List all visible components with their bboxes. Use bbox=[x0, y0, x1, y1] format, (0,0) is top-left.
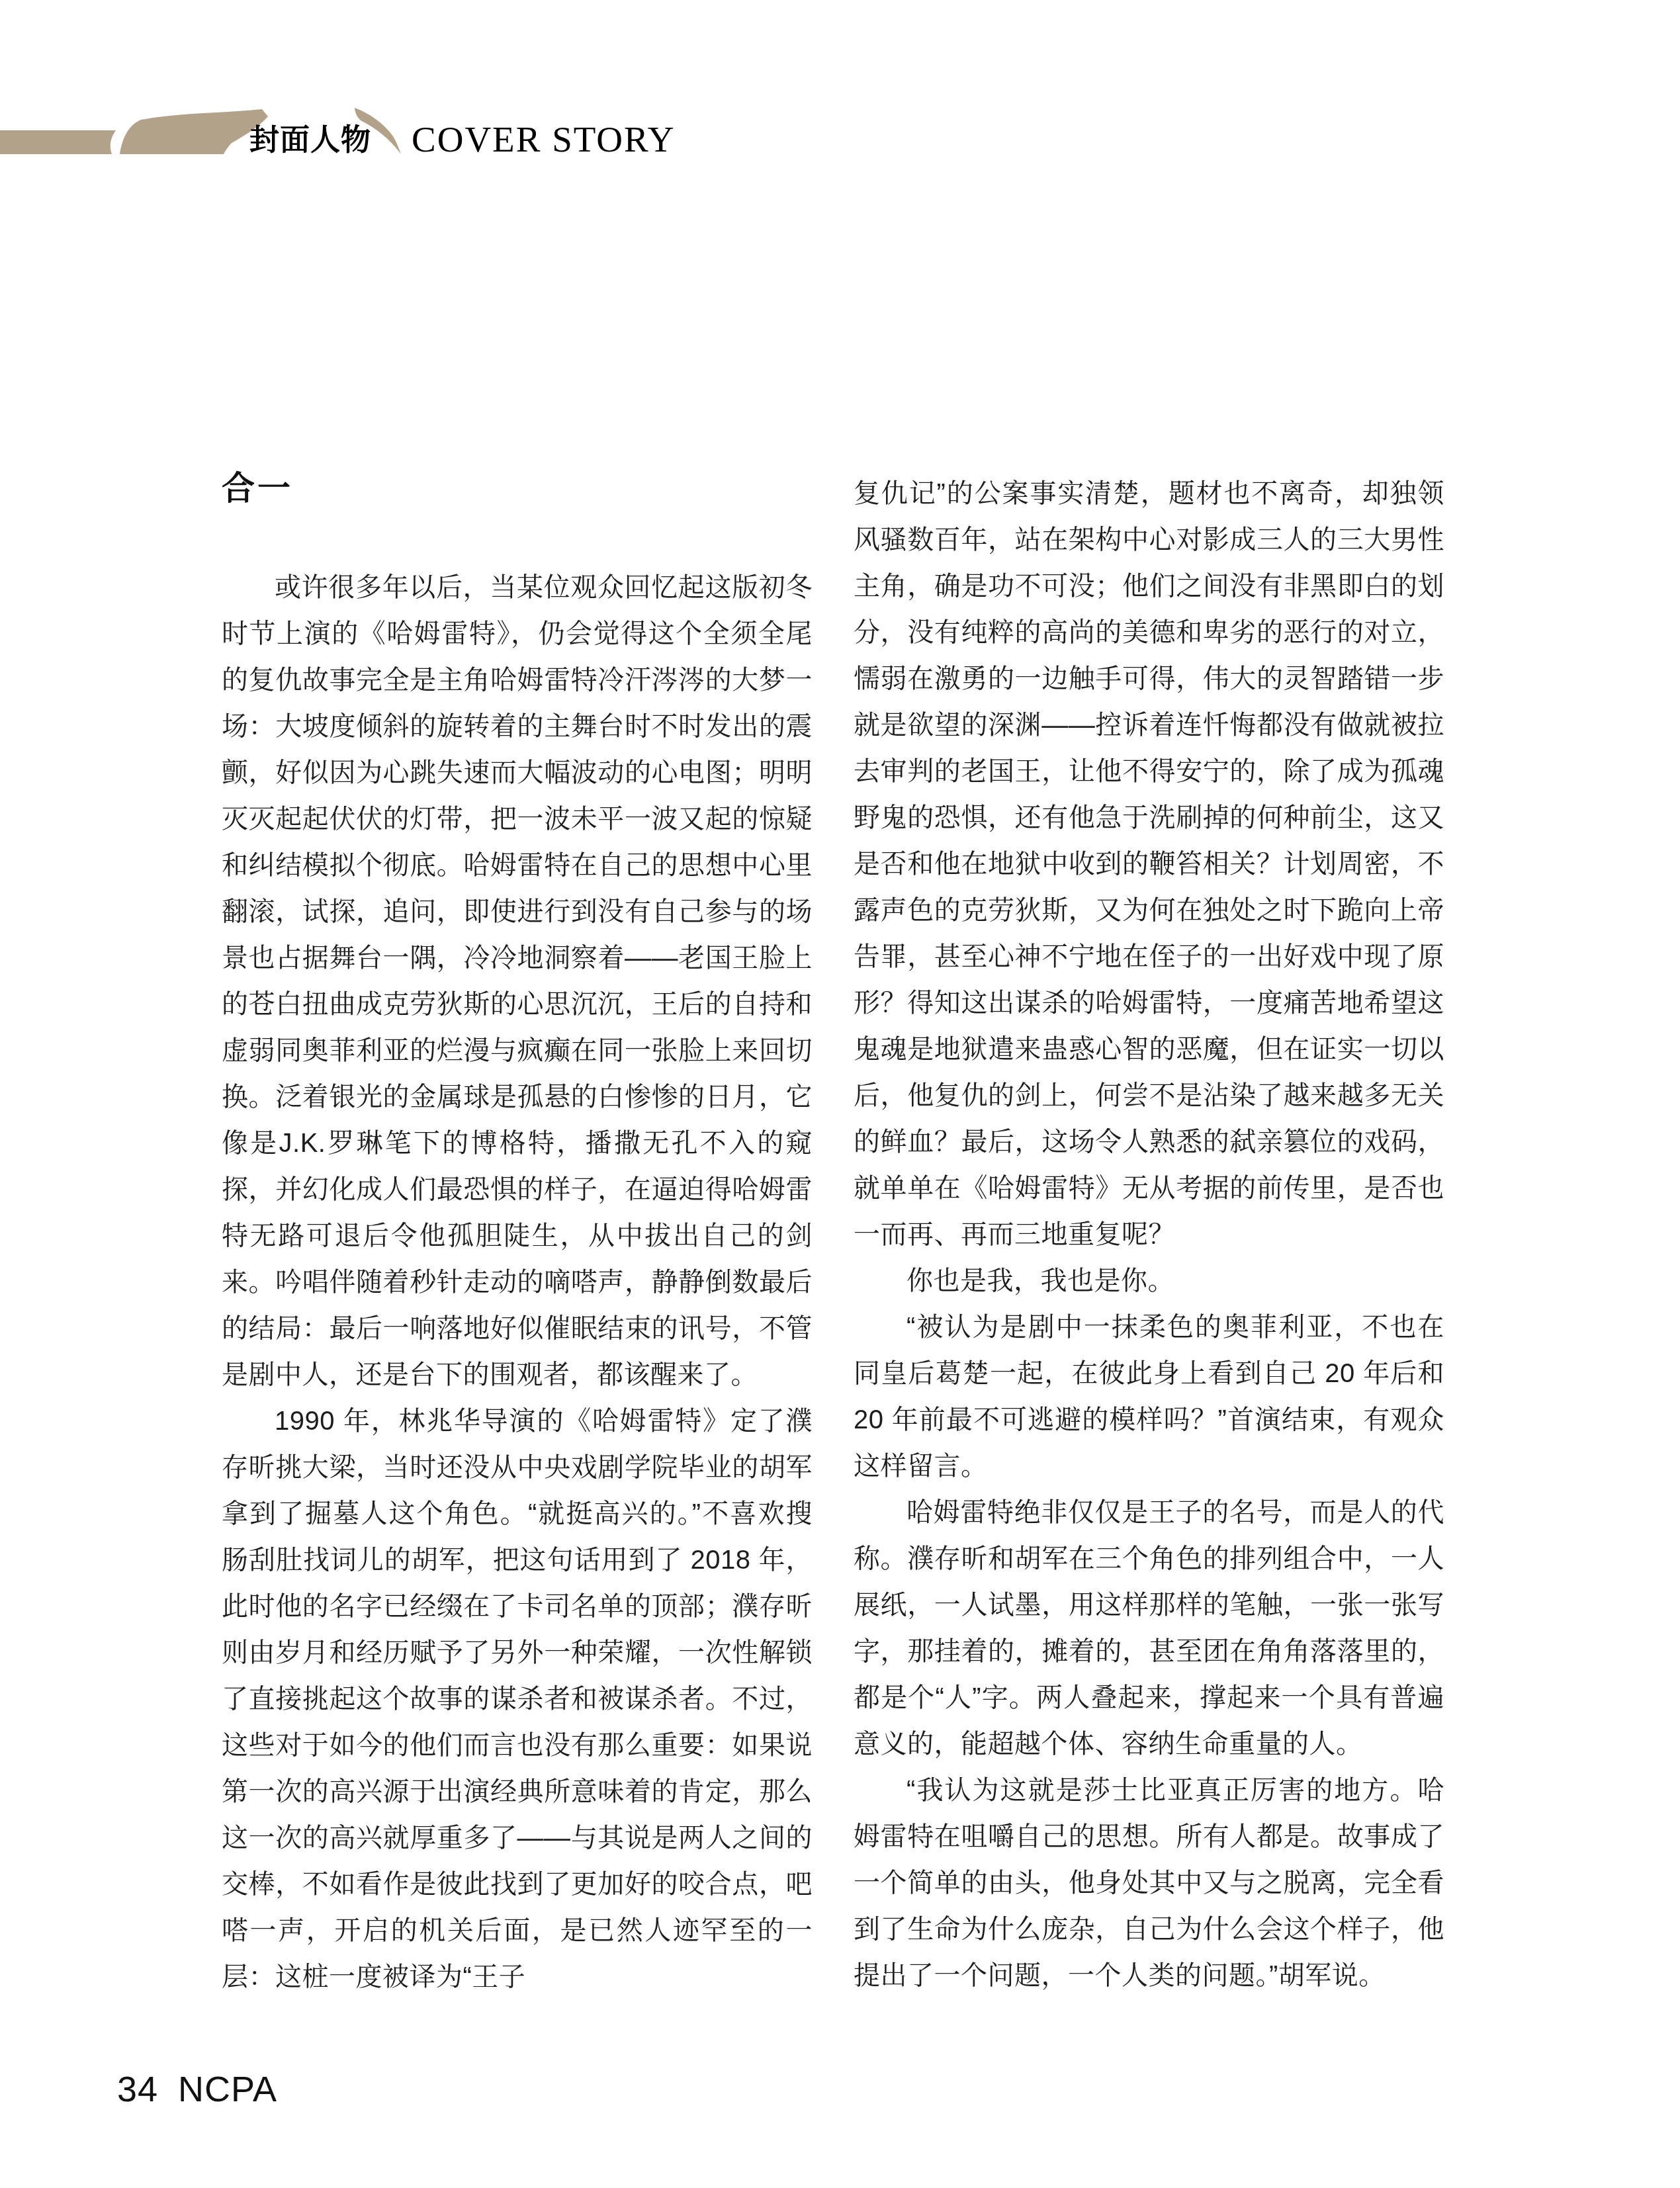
page-footer: 34NCPA bbox=[117, 2070, 277, 2109]
paragraph: 哈姆雷特绝非仅仅是王子的名号，而是人的代称。濮存昕和胡军在三个角色的排列组合中，… bbox=[854, 1489, 1444, 1767]
paragraph: 复仇记”的公案事实清楚，题材也不离奇，却独领风骚数百年，站在架构中心对影成三人的… bbox=[854, 470, 1444, 1258]
paragraph: “被认为是剧中一抹柔色的奥菲利亚，不也在同皇后葛楚一起，在彼此身上看到自己 20… bbox=[854, 1304, 1444, 1489]
magazine-brand: NCPA bbox=[178, 2070, 277, 2109]
section-title-zh: 封面人物 bbox=[249, 125, 371, 155]
paragraph: 或许很多年以后，当某位观众回忆起这版初冬时节上演的《哈姆雷特》，仍会觉得这个全须… bbox=[222, 564, 813, 1398]
left-column: 或许很多年以后，当某位观众回忆起这版初冬时节上演的《哈姆雷特》，仍会觉得这个全须… bbox=[222, 564, 813, 2000]
magazine-page: 封面人物 COVER STORY 合一 或许很多年以后，当某位观众回忆起这版初冬… bbox=[0, 0, 1680, 2188]
page-number: 34 bbox=[117, 2070, 158, 2109]
section-title-en: COVER STORY bbox=[412, 123, 675, 156]
paragraph: 1990 年，林兆华导演的《哈姆雷特》定了濮存昕挑大梁，当时还没从中央戏剧学院毕… bbox=[222, 1398, 813, 2000]
paragraph: 你也是我，我也是你。 bbox=[854, 1258, 1444, 1304]
article-heading: 合一 bbox=[222, 465, 293, 511]
right-column: 复仇记”的公案事实清楚，题材也不离奇，却独领风骚数百年，站在架构中心对影成三人的… bbox=[854, 470, 1444, 1999]
paragraph: “我认为这就是莎士比亚真正厉害的地方。哈姆雷特在咀嚼自己的思想。所有人都是。故事… bbox=[854, 1767, 1444, 1999]
